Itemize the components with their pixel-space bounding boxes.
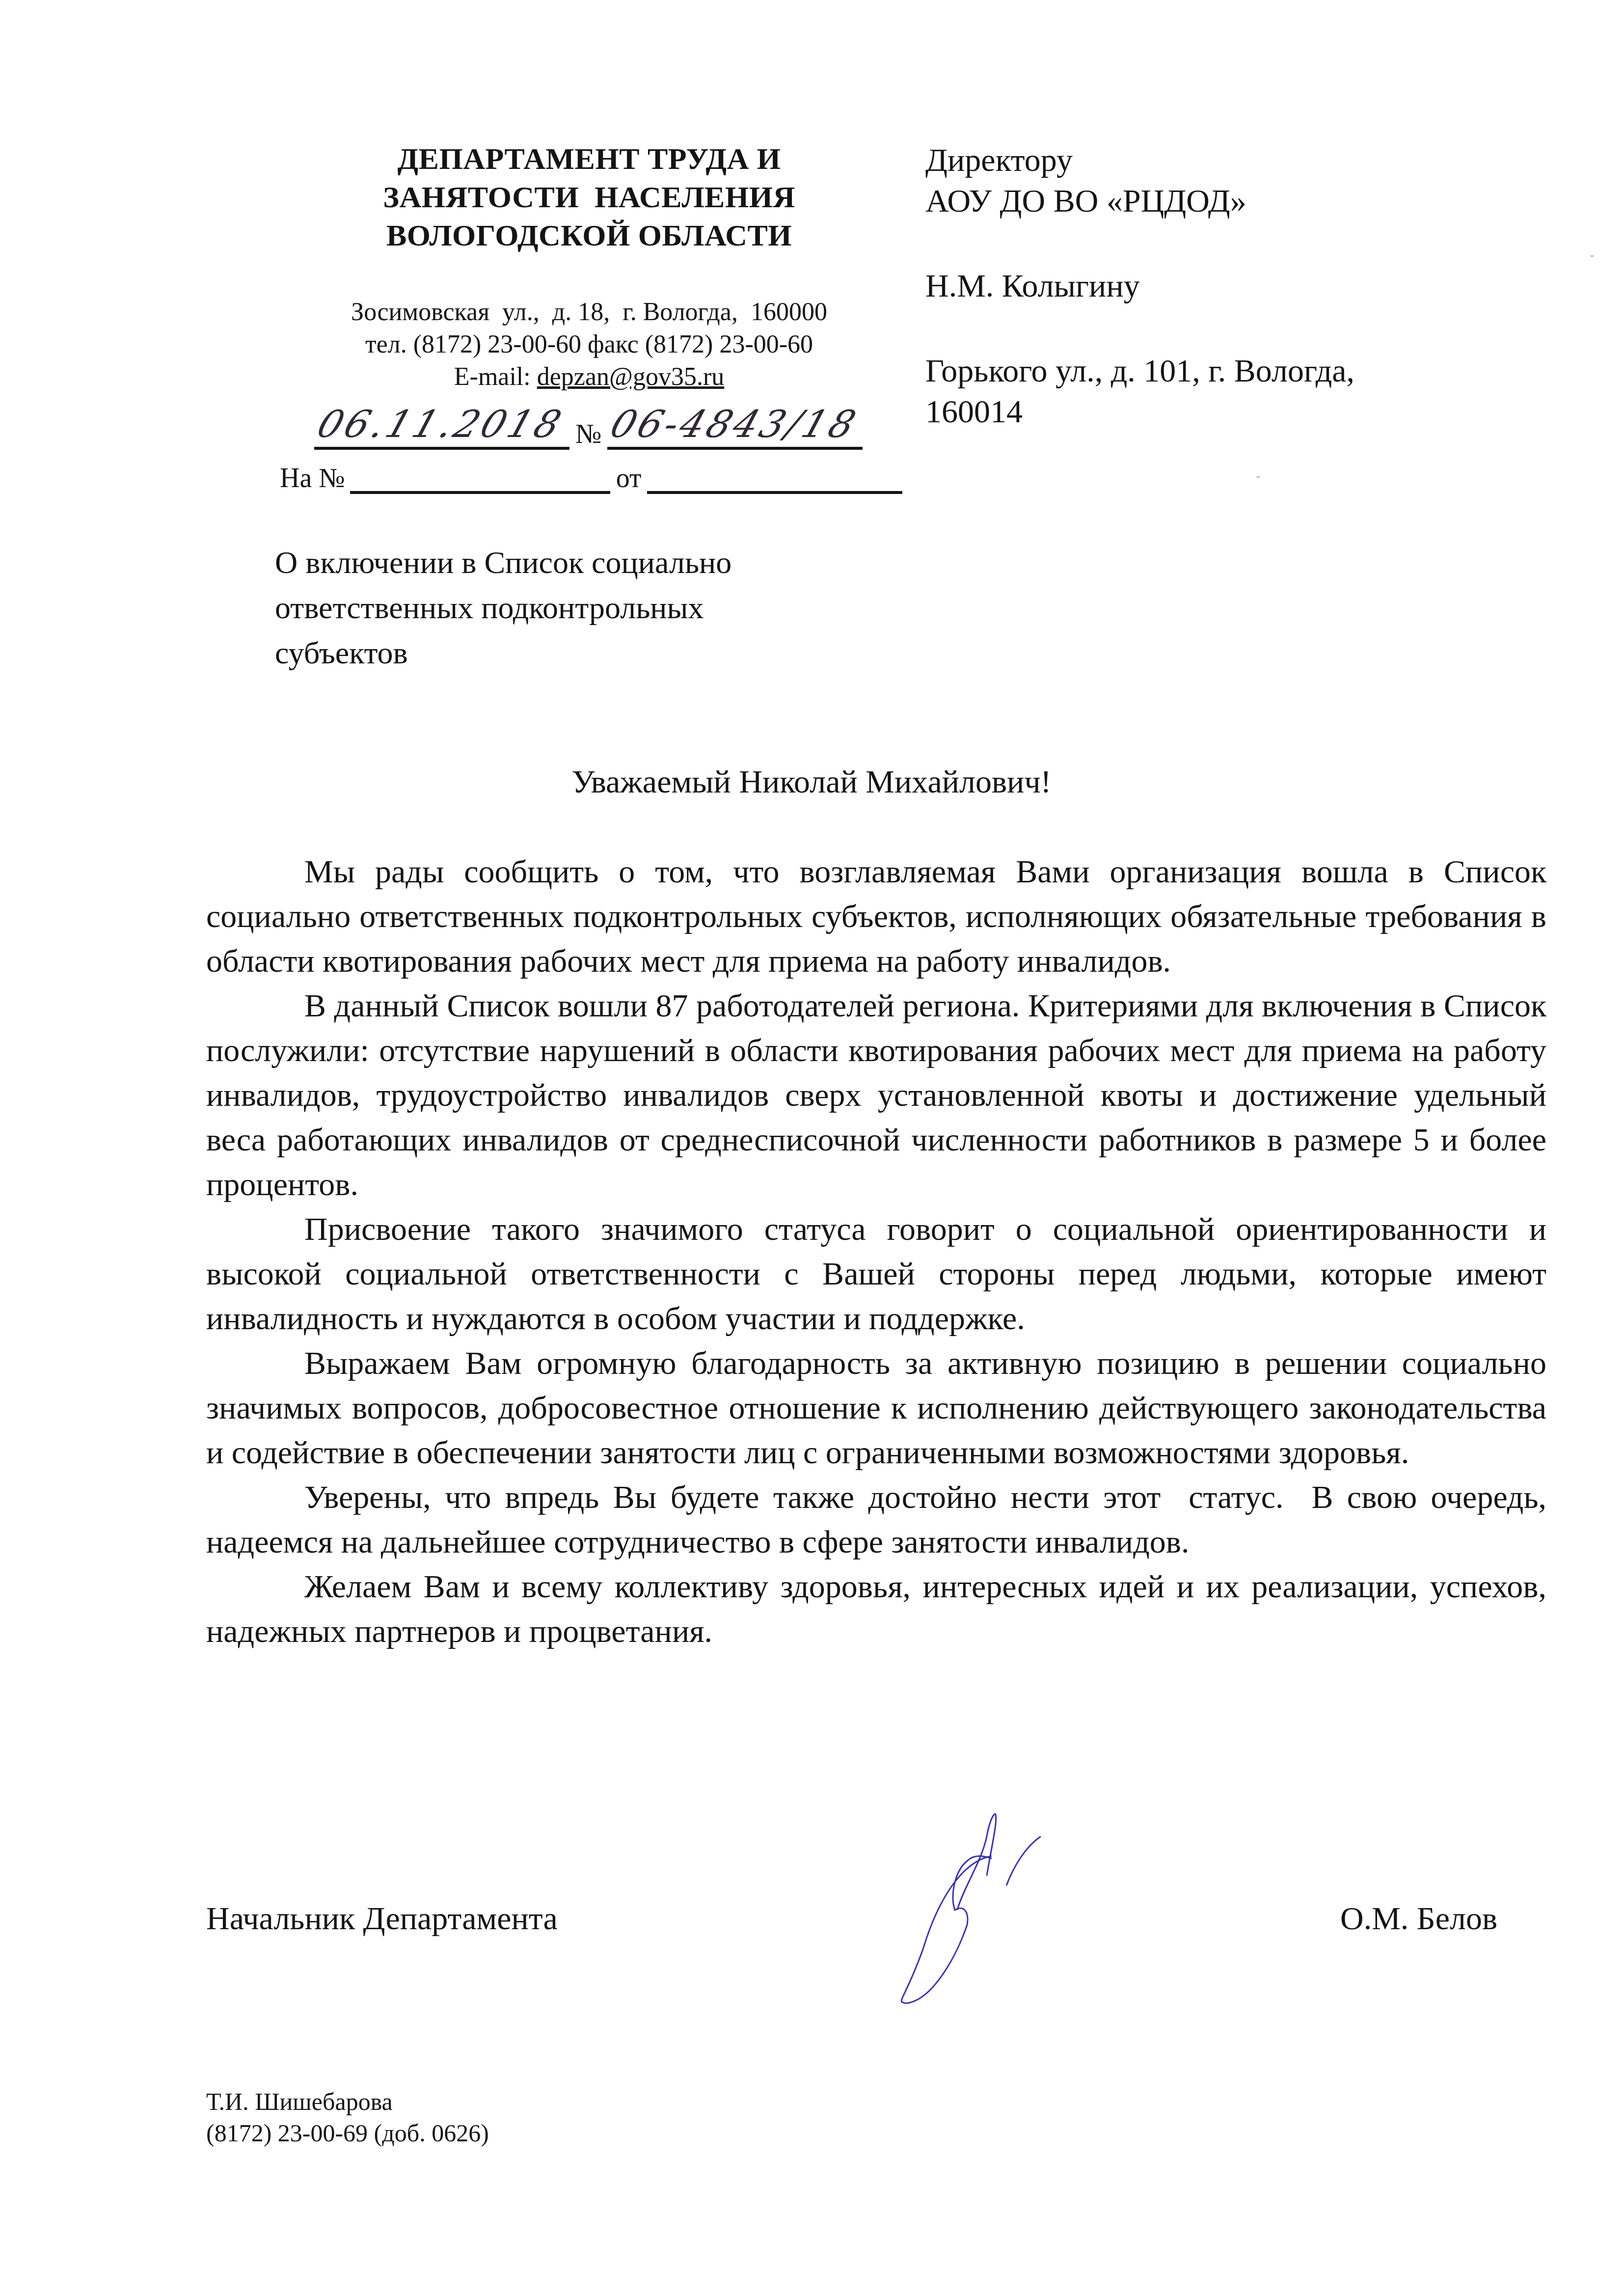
recipient-block: Директору АОУ ДО ВО «РЦДОД» Н.М. Колыгин… xyxy=(925,140,1515,432)
recipient-organization: АОУ ДО ВО «РЦДОД» xyxy=(925,181,1515,221)
body-paragraph: Мы рады сообщить о том, что возглавляема… xyxy=(206,849,1546,984)
body-paragraph: В данный Список вошли 87 работодателей р… xyxy=(206,984,1546,1207)
email-link[interactable]: depzan@gov35.ru xyxy=(537,363,724,391)
subject-line: О включении в Список социально xyxy=(275,540,913,585)
executor-name: Т.И. Шишебарова xyxy=(206,2086,489,2117)
handwritten-signature xyxy=(844,1807,1286,2028)
signatory-title: Начальник Департамента xyxy=(206,1900,558,1938)
reply-to-field xyxy=(350,462,610,494)
recipient-name: Н.М. Колыгину xyxy=(925,266,1515,306)
reply-to-label: На № xyxy=(280,463,345,494)
scan-speck xyxy=(1257,476,1260,478)
number-field: 06-4843/18 xyxy=(607,417,863,450)
sender-block: ДЕПАРТАМЕНТ ТРУДА И ЗАНЯТОСТИ НАСЕЛЕНИЯ … xyxy=(275,140,903,393)
executor-block: Т.И. Шишебарова (8172) 23-00-69 (доб. 06… xyxy=(206,2086,489,2149)
handwritten-date: 06.11.2018 xyxy=(312,402,569,446)
body-paragraph: Уверены, что впредь Вы будете также дост… xyxy=(206,1475,1546,1564)
subject-line: субъектов xyxy=(275,630,913,676)
letter-subject: О включении в Список социально ответстве… xyxy=(275,540,913,676)
org-name-line: ЗАНЯТОСТИ НАСЕЛЕНИЯ xyxy=(275,178,903,217)
email-label: E-mail: xyxy=(454,363,537,391)
greeting: Уважаемый Николай Михайлович! xyxy=(0,764,1623,801)
from-field xyxy=(647,462,902,494)
number-label: № xyxy=(575,418,601,450)
recipient-address-line: 160014 xyxy=(925,391,1515,432)
date-field: 06.11.2018 xyxy=(314,417,569,450)
org-name-line: ДЕПАРТАМЕНТ ТРУДА И xyxy=(275,140,903,178)
org-name: ДЕПАРТАМЕНТ ТРУДА И ЗАНЯТОСТИ НАСЕЛЕНИЯ … xyxy=(275,140,903,255)
sender-phones: тел. (8172) 23-00-60 факс (8172) 23-00-6… xyxy=(275,328,903,361)
outgoing-registration-row: 06.11.2018 № 06-4843/18 xyxy=(314,417,863,450)
handwritten-number: 06-4843/18 xyxy=(605,402,864,446)
subject-line: ответственных подконтрольных xyxy=(275,585,913,630)
reply-registration-row: На № от xyxy=(280,462,902,494)
body-paragraph: Желаем Вам и всему коллективу здоровья, … xyxy=(206,1564,1546,1654)
body-paragraph: Присвоение такого значимого статуса гово… xyxy=(206,1207,1546,1341)
executor-phone: (8172) 23-00-69 (доб. 0626) xyxy=(206,2117,489,2149)
from-label: от xyxy=(616,463,642,494)
sender-address: Зосимовская ул., д. 18, г. Вологда, 1600… xyxy=(275,296,903,328)
recipient-address-line: Горького ул., д. 101, г. Вологда, xyxy=(925,351,1515,391)
scan-speck xyxy=(1591,255,1594,257)
org-name-line: ВОЛОГОДСКОЙ ОБЛАСТИ xyxy=(275,217,903,255)
letter-body: Мы рады сообщить о том, что возглавляема… xyxy=(206,849,1546,1654)
signatory-name: О.М. Белов xyxy=(1340,1900,1497,1938)
registration-block: 06.11.2018 № 06-4843/18 На № от xyxy=(275,408,913,516)
sender-email-row: E-mail: depzan@gov35.ru xyxy=(275,361,903,393)
sender-contacts: Зосимовская ул., д. 18, г. Вологда, 1600… xyxy=(275,296,903,393)
recipient-position: Директору xyxy=(925,140,1515,181)
body-paragraph: Выражаем Вам огромную благодарность за а… xyxy=(206,1341,1546,1475)
